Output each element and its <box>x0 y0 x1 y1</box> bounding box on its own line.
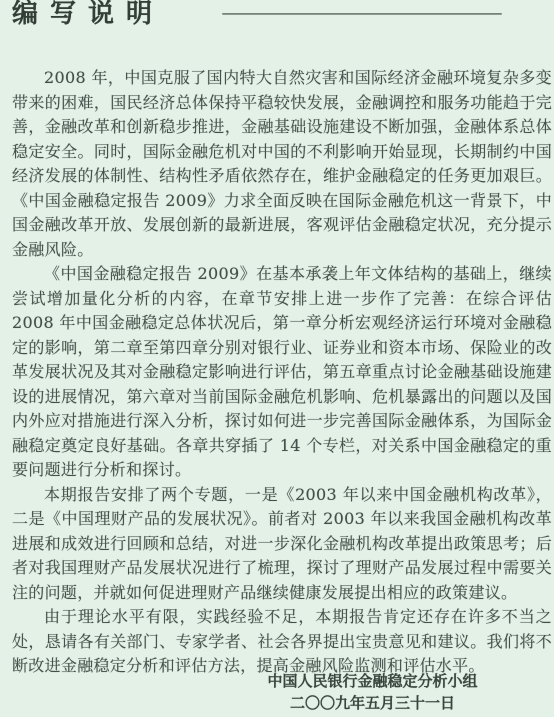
signature-organization: 中国人民银行金融稳定分析小组 <box>250 671 495 693</box>
document-page: 编写说明 2008 年，中国克服了国内特大自然灾害和国际经济金融环境复杂多变带来… <box>0 0 554 717</box>
document-body: 2008 年，中国克服了国内特大自然灾害和国际经济金融环境复杂多变带来的困难，国… <box>12 66 552 679</box>
body-paragraph-3: 本期报告安排了两个专题，一是《2003 年以来中国金融机构改革》，二是《中国理财… <box>12 483 552 606</box>
body-paragraph-1: 2008 年，中国克服了国内特大自然灾害和国际经济金融环境复杂多变带来的困难，国… <box>12 66 552 262</box>
signature-date: 二〇〇九年五月三十一日 <box>250 693 495 715</box>
title-rule-divider <box>222 13 502 15</box>
body-paragraph-2: 《中国金融稳定报告 2009》在基本承袭上年文体结构的基础上，继续尝试增加量化分… <box>12 262 552 483</box>
body-paragraph-4: 由于理论水平有限，实践经验不足，本期报告肯定还存在许多不当之处，恳请各有关部门、… <box>12 605 552 679</box>
page-title: 编写说明 <box>12 0 164 31</box>
signature-block: 中国人民银行金融稳定分析小组 二〇〇九年五月三十一日 <box>250 671 495 714</box>
